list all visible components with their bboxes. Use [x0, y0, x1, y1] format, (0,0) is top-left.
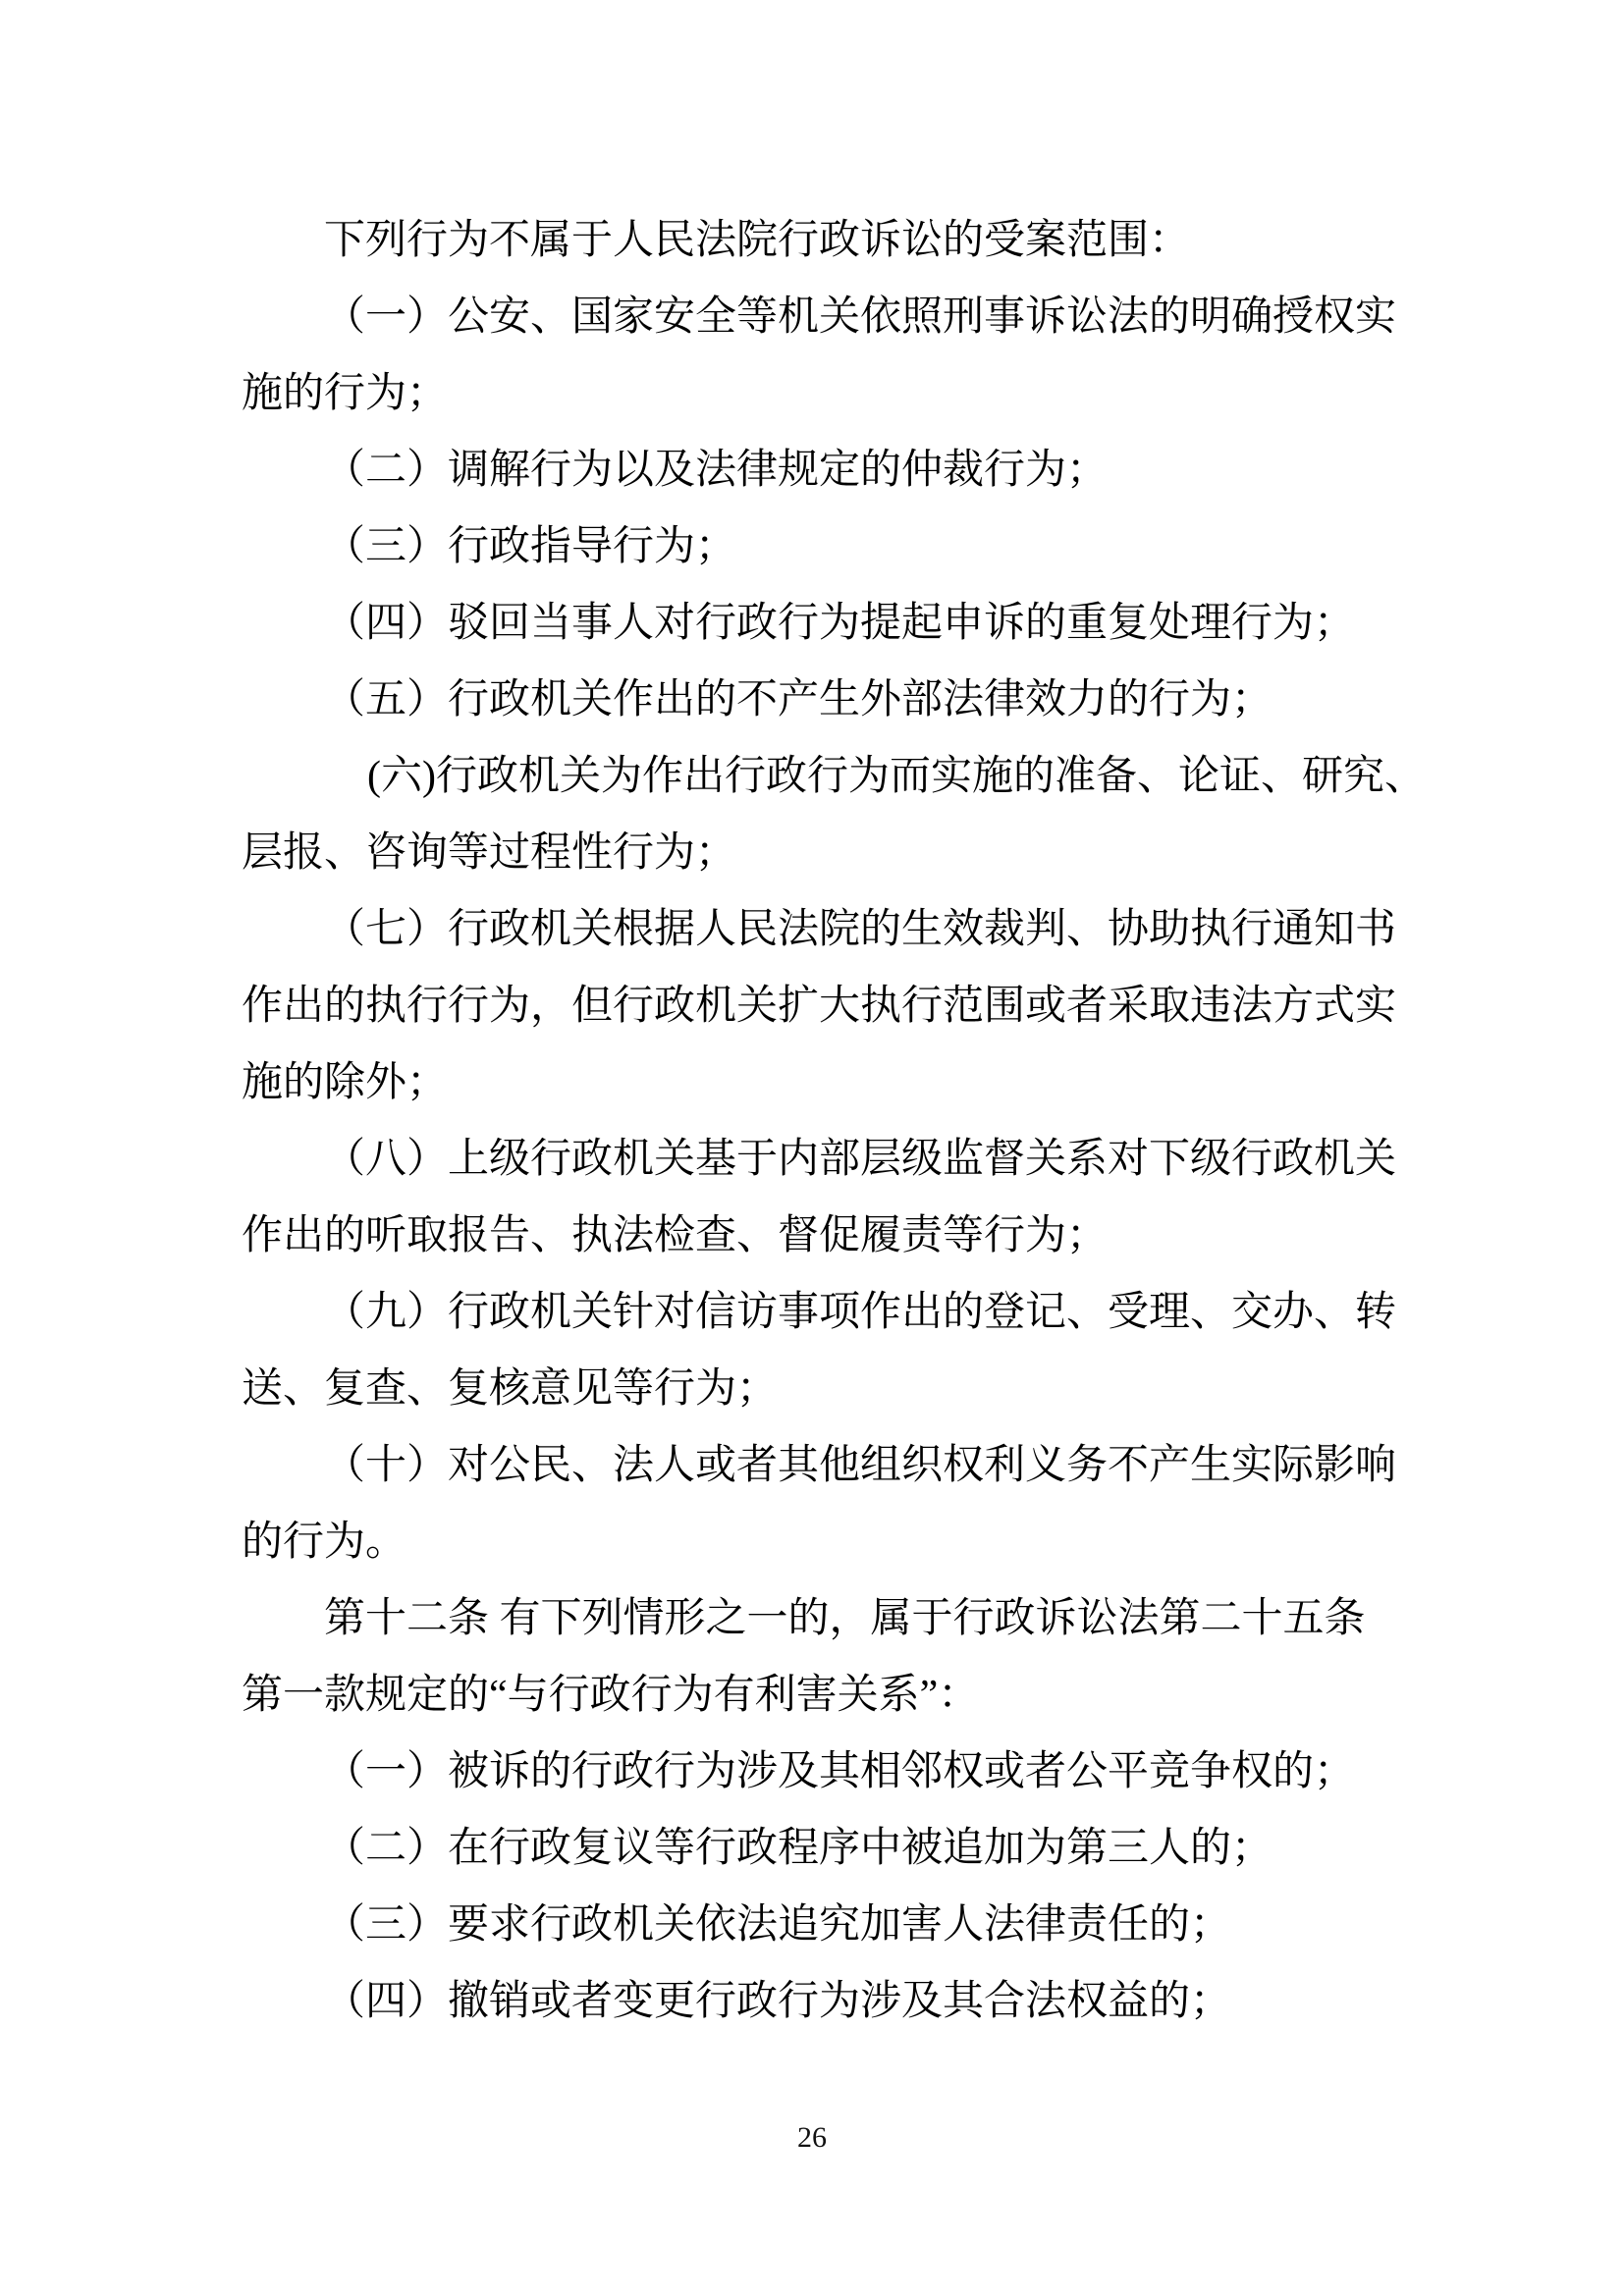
document-page: 下列行为不属于人民法院行政诉讼的受案范围：（一）公安、国家安全等机关依照刑事诉讼…: [0, 0, 1624, 2296]
text-line: （五）行政机关作出的不产生外部法律效力的行为；: [242, 662, 1479, 738]
text-line: (六)行政机关为作出行政行为而实施的准备、论证、研究、: [242, 738, 1479, 815]
document-body: 下列行为不属于人民法院行政诉讼的受案范围：（一）公安、国家安全等机关依照刑事诉讼…: [242, 202, 1479, 2040]
text-line: 层报、咨询等过程性行为；: [242, 815, 1479, 891]
text-line: 送、复查、复核意见等行为；: [242, 1351, 1479, 1427]
text-line: （二）在行政复议等行政程序中被追加为第三人的；: [242, 1810, 1479, 1887]
text-line: 作出的执行行为，但行政机关扩大执行范围或者采取违法方式实: [242, 968, 1479, 1044]
text-line: （八）上级行政机关基于内部层级监督关系对下级行政机关: [242, 1121, 1479, 1198]
text-line: （三）要求行政机关依法追究加害人法律责任的；: [242, 1887, 1479, 1963]
text-line: 下列行为不属于人民法院行政诉讼的受案范围：: [242, 202, 1479, 279]
text-line: 施的行为；: [242, 355, 1479, 432]
text-line: （一）被诉的行政行为涉及其相邻权或者公平竞争权的；: [242, 1734, 1479, 1810]
text-line: （四）驳回当事人对行政行为提起申诉的重复处理行为；: [242, 585, 1479, 662]
text-line: （一）公安、国家安全等机关依照刑事诉讼法的明确授权实: [242, 279, 1479, 355]
text-line: （三）行政指导行为；: [242, 508, 1479, 585]
text-line: （四）撤销或者变更行政行为涉及其合法权益的；: [242, 1963, 1479, 2040]
page-number: 26: [0, 2118, 1624, 2158]
text-line: 第一款规定的“与行政行为有利害关系”：: [242, 1657, 1479, 1734]
text-line: 施的除外；: [242, 1044, 1479, 1121]
text-line: 第十二条 有下列情形之一的，属于行政诉讼法第二十五条: [242, 1580, 1479, 1657]
text-line: （九）行政机关针对信访事项作出的登记、受理、交办、转: [242, 1274, 1479, 1351]
text-line: （七）行政机关根据人民法院的生效裁判、协助执行通知书: [242, 891, 1479, 968]
text-line: 的行为。: [242, 1504, 1479, 1580]
text-line: （十）对公民、法人或者其他组织权利义务不产生实际影响: [242, 1427, 1479, 1504]
text-line: （二）调解行为以及法律规定的仲裁行为；: [242, 432, 1479, 508]
text-line: 作出的听取报告、执法检查、督促履责等行为；: [242, 1198, 1479, 1274]
